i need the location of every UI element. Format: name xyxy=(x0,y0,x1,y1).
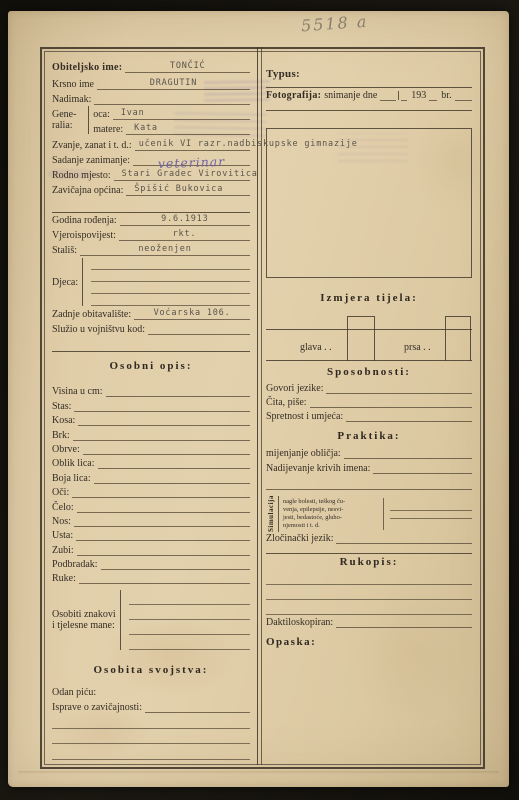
occupation-label: Zvanje, zanat i t. d.: xyxy=(52,140,135,151)
marital-status-row: Stališ: neoženjen xyxy=(52,241,250,256)
blank-line xyxy=(390,510,472,511)
chest-measure-label: prsa . . xyxy=(404,342,431,353)
documents-line xyxy=(145,697,250,713)
paper-crease xyxy=(18,771,499,774)
eyebrows-row: Obrve: xyxy=(52,441,250,455)
appearance-change-row: mijenjanje obličja: xyxy=(266,444,472,459)
abilities-heading: Sposobnosti: xyxy=(266,364,472,380)
family-name-value: TONČIĆ xyxy=(125,62,250,71)
drink-row: Odan piću: xyxy=(52,683,250,698)
blank-line xyxy=(129,620,250,635)
last-residence-line: Voćarska 106. xyxy=(134,305,250,320)
family-name-row: Obiteljsko ime: TONČIĆ xyxy=(52,58,250,73)
military-service-row: Služio u vojništvu kod: xyxy=(52,320,250,335)
religion-value: rkt. xyxy=(119,230,250,239)
current-occupation-line: veterinar xyxy=(133,150,250,166)
paper-sheet: 5518 a Obiteljsko ime: TONČIĆ Krsno ime … xyxy=(8,11,509,787)
children-brace xyxy=(82,258,83,306)
photo-nr-blank xyxy=(455,87,472,101)
chin-row: Podbradak: xyxy=(52,556,250,570)
photo-date-blank xyxy=(380,87,396,101)
face-shape-row: Oblik lica: xyxy=(52,455,250,469)
blank-line xyxy=(129,605,250,620)
height-row: Visina u cm: xyxy=(52,383,250,397)
photo-underline xyxy=(266,110,472,111)
children-label: Djeca: xyxy=(52,258,82,306)
birth-year-value: 9.6.1913 xyxy=(120,215,250,224)
family-name-label: Obiteljsko ime: xyxy=(52,62,125,73)
body-measure-heading: Izmjera tijela: xyxy=(266,290,472,306)
occupation-line: učenik VI razr.nadbiskupske gimnazije xyxy=(135,135,250,151)
forehead-row: Čelo: xyxy=(52,498,250,512)
simulation-brace-left xyxy=(278,496,279,532)
reads-writes-row: Čita, piše: xyxy=(266,394,472,408)
father-label: oca: xyxy=(93,109,113,120)
eyes-row: Oči: xyxy=(52,484,250,498)
home-municipality-label: Zavičajna općina: xyxy=(52,185,126,196)
mother-row: matere: Kata xyxy=(93,120,250,135)
personal-description-heading: Osobni opis: xyxy=(52,358,250,374)
left-column: Obiteljsko ime: TONČIĆ Krsno ime DRAGUTI… xyxy=(52,58,250,760)
documents-label: Isprave o zavičajnosti: xyxy=(52,702,145,713)
photo-year-text: 193 xyxy=(407,90,429,101)
marital-status-value: neoženjen xyxy=(80,245,250,254)
head-measure-cell xyxy=(347,316,375,361)
simulation-brace-right xyxy=(383,498,384,530)
blank-line xyxy=(91,270,250,282)
given-name-line: DRAGUTIN xyxy=(97,74,250,90)
marital-status-line: neoženjen xyxy=(80,240,250,256)
personal-description-rows: Visina u cm: Stas: Kosa: Brk: Obrve: Obl… xyxy=(52,383,250,584)
teeth-row: Zubi: xyxy=(52,541,250,555)
crime-language-row: Zločinački jezik: xyxy=(266,532,472,544)
photo-row: Fotografija: snimanje dne 193 br. xyxy=(266,88,472,101)
occupation-value: učenik VI razr.nadbiskupske gimnazije xyxy=(135,140,358,149)
photograph-box xyxy=(266,128,472,278)
chest-measure-cell xyxy=(445,316,471,361)
simulation-description: nagle bolesti, teškog ču- venja, epileps… xyxy=(283,496,379,532)
fingerprint-label: Daktiloskopiran: xyxy=(266,617,336,628)
blank-line xyxy=(129,590,250,605)
given-name-label: Krsno ime xyxy=(52,79,97,90)
home-municipality-row: Zavičajna općina: Špišić Bukovica xyxy=(52,181,250,196)
military-service-line xyxy=(148,319,250,335)
birthplace-row: Rodno mjesto: Stari Gradec Virovitica xyxy=(52,166,250,181)
typus-row: Typus: xyxy=(266,65,472,80)
scanned-document: 5518 a Obiteljsko ime: TONČIĆ Krsno ime … xyxy=(0,0,519,800)
blank-line xyxy=(52,713,250,729)
section-separator xyxy=(52,351,250,352)
last-residence-value: Voćarska 106. xyxy=(134,309,250,318)
nose-row: Nos: xyxy=(52,513,250,527)
typus-label: Typus: xyxy=(266,69,303,80)
generalia-brace xyxy=(88,106,89,134)
photo-year-blank xyxy=(429,87,437,101)
special-marks-brace xyxy=(120,590,121,650)
birthplace-line: Stari Gradec Virovitica xyxy=(114,165,250,181)
generalia-label: Gene- ralia: xyxy=(52,105,88,135)
children-lines xyxy=(91,258,250,306)
nickname-label: Nadimak: xyxy=(52,94,94,105)
birth-year-label: Godina rođenja: xyxy=(52,215,120,226)
father-row: oca: Ivan xyxy=(93,105,250,120)
occupation-row: Zvanje, zanat i t. d.: učenik VI razr.na… xyxy=(52,136,250,151)
remark-heading: Opaska: xyxy=(266,635,472,649)
mother-label: matere: xyxy=(93,124,126,135)
blank-line xyxy=(91,282,250,294)
fingerprint-row: Daktiloskopiran: xyxy=(266,616,472,628)
face-color-row: Boja lica: xyxy=(52,469,250,483)
children-block: Djeca: xyxy=(52,258,250,306)
family-name-line: TONČIĆ xyxy=(125,57,250,73)
hair-row: Kosa: xyxy=(52,412,250,426)
blank-line xyxy=(266,570,472,585)
father-line: Ivan xyxy=(113,104,250,120)
father-value: Ivan xyxy=(113,109,145,118)
praktika-heading: Praktika: xyxy=(266,428,472,444)
blank-line xyxy=(129,635,250,650)
false-names-row: Nadijevanje krivih imena: xyxy=(266,459,472,474)
current-occupation-row: Sadanje zanimanje: veterinar xyxy=(52,151,250,166)
birthplace-label: Rodno mjesto: xyxy=(52,170,114,181)
blank-line xyxy=(52,744,250,760)
special-traits-heading: Osobita svojstva: xyxy=(52,662,250,678)
crime-language-label: Zločinački jezik: xyxy=(266,533,336,544)
marital-status-label: Stališ: xyxy=(52,245,80,256)
blank-line xyxy=(266,600,472,615)
languages-row: Govori jezike: xyxy=(266,380,472,394)
photo-label: Fotografija: xyxy=(266,90,324,101)
nickname-line xyxy=(94,89,250,105)
last-residence-label: Zadnje obitavalište: xyxy=(52,309,134,320)
hands-row: Ruke: xyxy=(52,570,250,584)
mother-line: Kata xyxy=(126,119,250,135)
praktika-blank-row xyxy=(266,474,472,490)
given-name-value: DRAGUTIN xyxy=(97,79,250,88)
simulation-answer-lines xyxy=(390,496,472,532)
nickname-row: Nadimak: xyxy=(52,90,250,105)
drink-label: Odan piću: xyxy=(52,687,99,698)
religion-row: Vjeroispovijest: rkt. xyxy=(52,226,250,241)
blank-line xyxy=(91,258,250,270)
mother-value: Kata xyxy=(126,124,158,133)
moustache-row: Brk: xyxy=(52,426,250,440)
simulation-block: Simulacija nagle bolesti, teškog ču- ven… xyxy=(266,496,472,532)
birthplace-value: Stari Gradec Virovitica xyxy=(114,170,258,179)
mouth-row: Usta: xyxy=(52,527,250,541)
birth-year-line: 9.6.1913 xyxy=(120,212,250,226)
last-residence-row: Zadnje obitavalište: Voćarska 106. xyxy=(52,306,250,320)
blank-line xyxy=(390,518,472,519)
simulation-vertical-label: Simulacija xyxy=(266,496,276,532)
photo-date-tick xyxy=(398,91,399,100)
religion-line: rkt. xyxy=(119,225,250,241)
home-municipality-value: Špišić Bukovica xyxy=(126,185,223,194)
skills-row: Spretnost i umjeća: xyxy=(266,408,472,422)
handwriting-heading: Rukopis: xyxy=(266,554,472,570)
blank-line xyxy=(52,729,250,745)
build-row: Stas: xyxy=(52,397,250,411)
photo-date-text: snimanje dne xyxy=(324,90,380,101)
military-service-label: Služio u vojništvu kod: xyxy=(52,324,148,335)
body-measure-table: glava . . prsa . . xyxy=(266,310,472,364)
special-marks-lines xyxy=(129,590,250,650)
photo-nr-text: br. xyxy=(437,90,454,101)
column-divider-line xyxy=(257,47,262,765)
given-name-row: Krsno ime DRAGUTIN xyxy=(52,75,250,90)
head-measure-label: glava . . xyxy=(300,342,332,353)
home-municipality-line: Špišić Bukovica xyxy=(126,180,250,196)
blank-line xyxy=(266,585,472,600)
generalia-rows: oca: Ivan matere: Kata xyxy=(93,105,250,135)
special-marks-block: Osobiti znakovi i tjelesne mane: xyxy=(52,590,250,650)
archive-number-annotation: 5518 a xyxy=(300,12,369,36)
documents-row: Isprave o zavičajnosti: xyxy=(52,698,250,713)
special-marks-label: Osobiti znakovi i tjelesne mane: xyxy=(52,590,120,650)
generalia-block: Gene- ralia: oca: Ivan matere: Kata xyxy=(52,105,250,135)
